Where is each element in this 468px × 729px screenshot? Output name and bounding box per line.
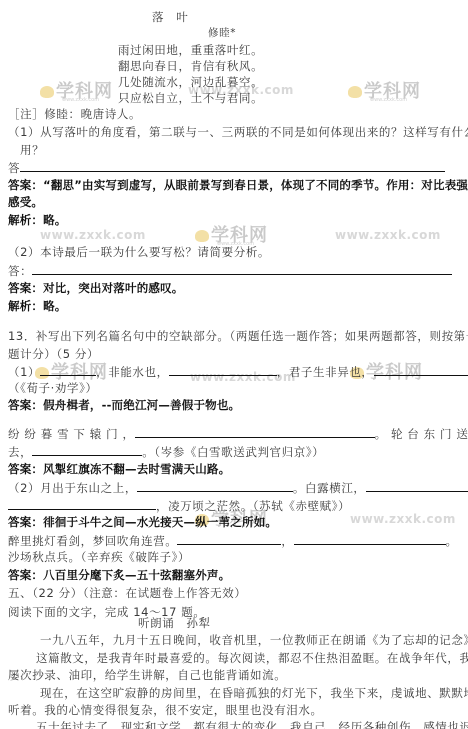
blank-field[interactable] <box>8 498 156 510</box>
article-paragraph: 现在，在这空旷寂静的房间里，在昏暗孤独的灯光下，我坐下来，虔诚地、默默地 <box>40 686 468 700</box>
answer-2: 答案：对比，突出对落叶的感叹。 <box>8 281 184 295</box>
blank-field[interactable] <box>294 533 446 545</box>
article-paragraph-cont: 屡次抄录、油印，给学生讲解，自己也能背诵如流。 <box>8 668 286 682</box>
poem-line: 雨过闲田地，重重落叶红。 <box>118 43 263 57</box>
fill-item-2-cont: ，凌万顷之茫然。（苏轼《赤壁赋》） <box>8 498 350 513</box>
mortarboard-icon <box>348 86 362 98</box>
section-5-heading: 五、（22 分）（注意：在试题卷上作答无效） <box>8 586 247 600</box>
article-title: 听朗诵 孙犁 <box>138 616 211 630</box>
analysis-2: 解析：略。 <box>8 299 67 313</box>
answer-1: 答案：“翻思”由实写到虚写，从眼前景写到春日景，体现了不同的季节。作用：对比表强… <box>8 178 468 192</box>
answer-13-2: 答案：徘徊于斗牛之间—水光接天—纵一苇之所如。 <box>8 515 277 529</box>
question-1-text-cont: 用？ <box>20 143 44 157</box>
fill-item-ci-cont: 沙场秋点兵。（辛弃疾《破阵子》） <box>8 550 190 564</box>
question-13-text: 13．补写出下列名篇名句中的空缺部分。（两题任选一题作答；如果两题都答，则按第一… <box>8 329 468 343</box>
answer-13-poem: 答案：风掣红旗冻不翻—去时雪满天山路。 <box>8 462 230 476</box>
poem-line: 只应松自立，土不与君同。 <box>118 91 263 105</box>
question-13-text-cont: 题计分）（5 分） <box>8 347 99 361</box>
fill-item-2: （2）月出于东山之上，。白露横江，。 <box>8 480 468 495</box>
fill-item-poem: 纷 纷 暮 雪 下 辕 门 ，。 轮 台 东 门 送 君 <box>8 426 468 441</box>
fill-item-1-source: （《荀子·劝学》） <box>8 381 98 395</box>
watermark-url: www.zxxk.com <box>350 512 456 526</box>
analysis-1: 解析：略。 <box>8 213 67 227</box>
watermark-logo: 学科网www.zxxk.com <box>40 77 113 103</box>
blank-field[interactable] <box>32 444 142 456</box>
watermark-logo: 学科网www.zxxk.com <box>348 77 421 103</box>
blank-field[interactable] <box>374 364 468 376</box>
poem-note: ［注］修睦：晚唐诗人。 <box>8 107 141 121</box>
blank-field[interactable] <box>177 533 281 545</box>
article-paragraph-cont: 听着。我的心情变得很复杂，很不安定，眼里也没有泪水。 <box>8 703 323 717</box>
poem-author: 修睦* <box>208 26 236 40</box>
answer-13-ci: 答案：八百里分麾下炙—五十弦翻塞外声。 <box>8 568 230 582</box>
article-paragraph: 一九八五年，九月十五日晚间，收音机里，一位教师正在朗诵《为了忘却的记念》。 <box>40 633 468 647</box>
poem-line: 翻思向春日，肯信有秋风。 <box>118 59 263 73</box>
blank-field[interactable] <box>169 364 277 376</box>
watermark-url: www.zxxk.com <box>335 228 441 242</box>
watermark-logo: 学科网www.zxxk.com <box>195 221 268 247</box>
poem-title: 落 叶 <box>152 10 188 24</box>
fill-item-poem-cont: 去，。（岑参《白雪歌送武判官归京》） <box>8 444 324 459</box>
poem-line: 几处随流水，河边乱暮空。 <box>118 75 263 89</box>
article-paragraph: 这篇散文，是我青年时最喜爱的。每次阅读，都忍不住热泪盈眶。在战争年代，我还 <box>36 651 468 665</box>
article-paragraph: 五十年过去了，现实和文学，都有很大的变化。我自己，经历各种创伤，感情也迟钝 <box>36 720 468 729</box>
blank-field[interactable] <box>40 364 96 376</box>
answer-field-2[interactable]: 答： <box>8 263 452 278</box>
blank-field[interactable] <box>135 426 375 438</box>
question-2-text: （2）本诗最后一联为什么要写松？请简要分析。 <box>8 245 270 259</box>
mortarboard-icon <box>195 230 209 242</box>
fill-item-1: （1），非能水也，，君子生非异也，。 <box>8 364 468 379</box>
watermark-url: www.zxxk.com <box>40 228 146 242</box>
answer-13-1: 答案：假舟楫者，--而绝江河—善假于物也。 <box>8 398 240 412</box>
question-1-text: （1）从写落叶的角度看，第二联与一、三两联的不同是如何体现出来的？这样写有什么作 <box>8 125 468 139</box>
mortarboard-icon <box>40 86 54 98</box>
blank-field[interactable] <box>137 480 293 492</box>
fill-item-ci: 醉里挑灯看剑，梦回吹角连营。，。 <box>8 533 458 548</box>
answer-1-cont: 感受。 <box>8 195 43 209</box>
exam-page: 学科网www.zxxk.com 学科网www.zxxk.com www.zxxk… <box>0 0 468 729</box>
blank-field[interactable] <box>366 480 468 492</box>
answer-field-1[interactable]: 答 <box>8 160 445 175</box>
